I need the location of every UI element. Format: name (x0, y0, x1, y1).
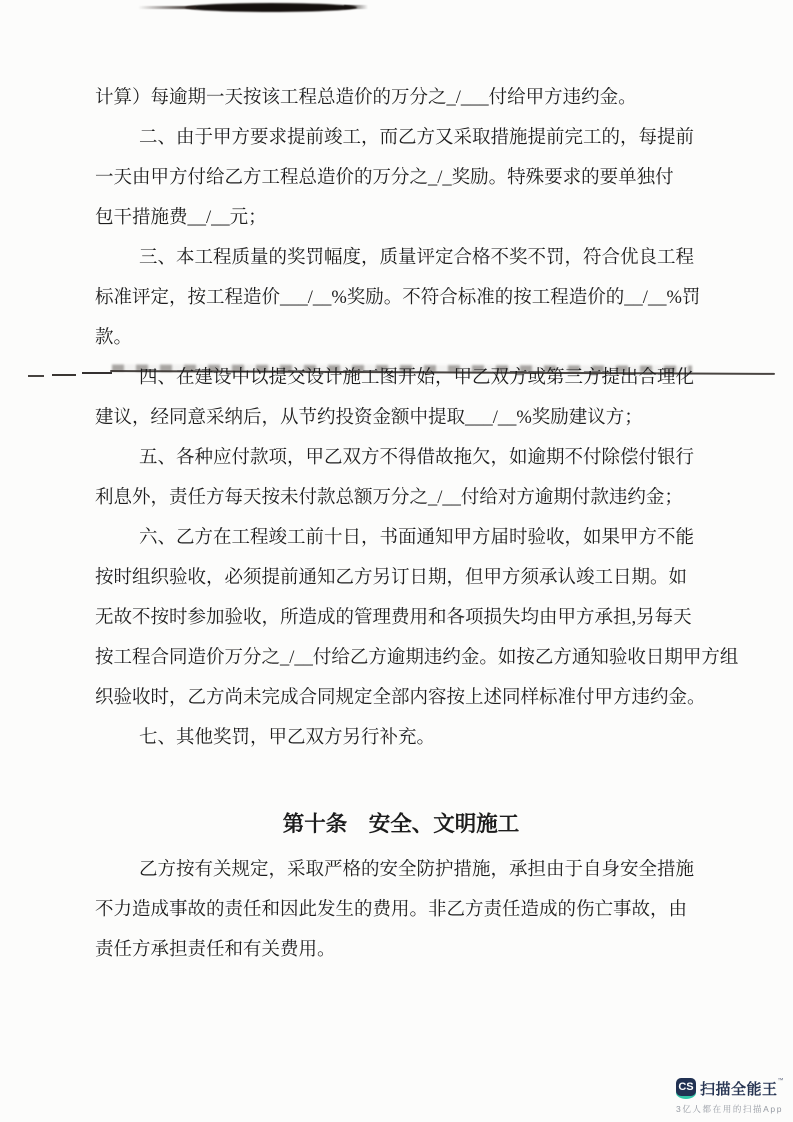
text-line: 无故不按时参加验收，所造成的管理费用和各项损失均由甲方承担,另每天 (95, 598, 707, 638)
text-line: 利息外，责任方每天按未付款总额万分之_/__付给对方逾期付款违约金； (95, 478, 707, 518)
fold-crease-dash (52, 374, 76, 376)
text-line: 标准评定，按工程造价___/__%奖励。不符合标准的按工程造价的__/__%罚 (95, 278, 707, 318)
text-line: 乙方按有关规定，采取严格的安全防护措施，承担由于自身安全措施 (95, 850, 707, 890)
text-line: 四、在建设中以提交设计施工图开始，甲乙双方或第三方提出合理化 (95, 358, 707, 398)
text-line: 按时组织验收，必须提前通知乙方另订日期，但甲方须承认竣工日期。如 (95, 558, 707, 598)
text-line: 七、其他奖罚，甲乙双方另行补充。 (95, 718, 707, 758)
text-line: 不力造成事故的责任和因此发生的费用。非乙方责任造成的伤亡事故，由 (95, 890, 707, 930)
trademark-mark: ™ (778, 1078, 785, 1084)
camscanner-logo-icon: CS (676, 1078, 696, 1099)
scan-smudge-tail-right (344, 5, 368, 9)
app-tagline: 3亿人都在用的扫描App (676, 1103, 790, 1115)
text-line: 五、各种应付款项，甲乙双方不得借故拖欠，如逾期不付除偿付银行 (95, 438, 707, 478)
text-line: 包干措施费__/__元； (95, 198, 707, 238)
text-line: 责任方承担责任和有关费用。 (95, 930, 707, 970)
section-heading: 第十条 安全、文明施工 (95, 804, 707, 844)
text-line: 按工程合同造价万分之_/__付给乙方逾期违约金。如按乙方通知验收日期甲方组 (95, 638, 707, 678)
text-line: 二、由于甲方要求提前竣工，而乙方又采取措施提前完工的，每提前 (95, 118, 707, 158)
fold-crease-dash (28, 375, 44, 377)
camscanner-logo-row: CS 扫描全能王™ (676, 1078, 790, 1099)
scan-smudge-tail-left (138, 6, 196, 9)
contract-text: 计算）每逾期一天按该工程总造价的万分之_/___付给甲方违约金。二、由于甲方要求… (95, 78, 707, 970)
scan-smudge-artifact (185, 3, 357, 12)
camscanner-watermark: CS 扫描全能王™ 3亿人都在用的扫描App (676, 1078, 790, 1115)
text-line: 六、乙方在工程竣工前十日，书面通知甲方届时验收，如果甲方不能 (95, 518, 707, 558)
text-line: 计算）每逾期一天按该工程总造价的万分之_/___付给甲方违约金。 (95, 78, 707, 118)
logo-badge: CS (676, 1078, 696, 1096)
text-line: 三、本工程质量的奖罚幅度，质量评定合格不奖不罚，符合优良工程 (95, 238, 707, 278)
text-line: 建议，经同意采纳后，从节约投资金额中提取___/__%奖励建议方； (95, 398, 707, 438)
app-name: 扫描全能王™ (700, 1078, 784, 1099)
text-line: 一天由甲方付给乙方工程总造价的万分之_/_奖励。特殊要求的要单独付 (95, 158, 707, 198)
text-line: 织验收时，乙方尚未完成合同规定全部内容按上述同样标准付甲方违约金。 (95, 678, 707, 718)
text-line: 款。 (95, 318, 707, 358)
app-name-text: 扫描全能王 (700, 1081, 778, 1098)
